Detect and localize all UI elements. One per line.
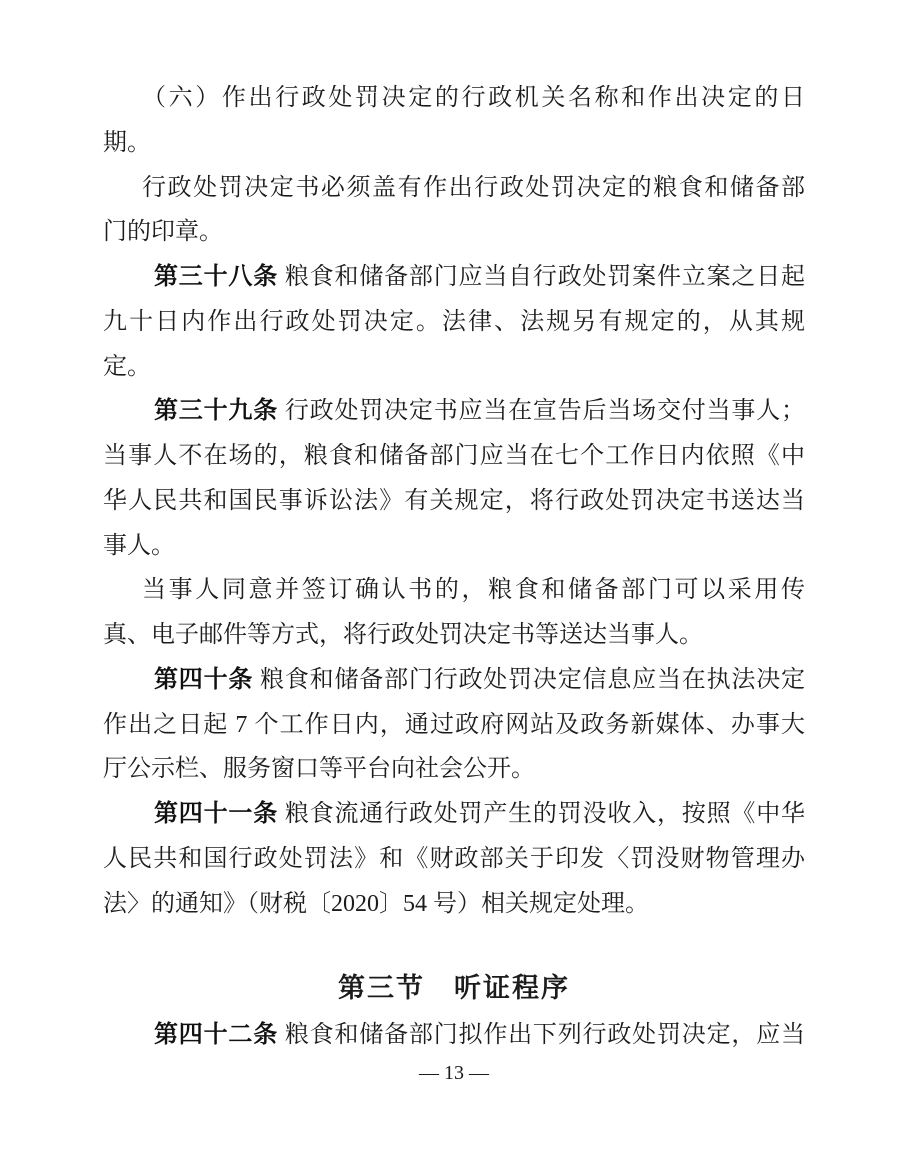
body-text: 九十日内作出行政处罚决定。法律、法规另有规定的，从其规 — [103, 309, 805, 335]
body-text-block-2: 第四十二条 粮食和储备部门拟作出下列行政处罚决定，应当 — [103, 1013, 805, 1058]
body-text: 当事人同意并签订确认书的，粮食和储备部门可以采用传 — [142, 577, 805, 603]
page-number: — 13 — — [103, 1060, 805, 1086]
text-line: 门的印章。 — [103, 210, 805, 255]
body-text: 厅公示栏、服务窗口等平台向社会公开。 — [103, 756, 535, 782]
text-line: 当事人不在场的，粮食和储备部门应当在七个工作日内依照《中 — [103, 434, 805, 479]
text-line: 行政处罚决定书必须盖有作出行政处罚决定的粮食和储备部 — [103, 166, 805, 211]
text-line: 第三十八条 粮食和储备部门应当自行政处罚案件立案之日起 — [103, 255, 805, 300]
text-line: 第四十二条 粮食和储备部门拟作出下列行政处罚决定，应当 — [103, 1013, 805, 1058]
body-text: 粮食流通行政处罚产生的罚没收入，按照《中华 — [278, 801, 805, 827]
body-text: 法〉的通知》（财税〔2020〕54 号）相关规定处理。 — [103, 891, 649, 917]
body-text-block: （六）作出行政处罚决定的行政机关名称和作出决定的日期。行政处罚决定书必须盖有作出… — [103, 76, 805, 926]
body-text: 真、电子邮件等方式，将行政处罚决定书等送达当事人。 — [103, 622, 703, 648]
section-heading: 第三节 听证程序 — [103, 966, 805, 1011]
content-area: （六）作出行政处罚决定的行政机关名称和作出决定的日期。行政处罚决定书必须盖有作出… — [103, 0, 805, 1086]
text-line: 事人。 — [103, 524, 805, 569]
body-text: 粮食和储备部门应当自行政处罚案件立案之日起 — [278, 264, 805, 290]
text-line: 作出之日起 7 个工作日内，通过政府网站及政务新媒体、办事大 — [103, 703, 805, 748]
article-number: 第四十条 — [154, 666, 253, 693]
text-line: 九十日内作出行政处罚决定。法律、法规另有规定的，从其规 — [103, 300, 805, 345]
article-number: 第三十八条 — [154, 263, 278, 290]
body-text: 行政处罚决定书应当在宣告后当场交付当事人； — [278, 398, 805, 424]
text-line: 当事人同意并签订确认书的，粮食和储备部门可以采用传 — [103, 568, 805, 613]
article-number: 第四十二条 — [154, 1021, 278, 1048]
body-text: 门的印章。 — [103, 219, 223, 245]
text-line: （六）作出行政处罚决定的行政机关名称和作出决定的日 — [103, 76, 805, 121]
body-text: 粮食和储备部门拟作出下列行政处罚决定，应当 — [278, 1022, 805, 1048]
body-text: 作出之日起 7 个工作日内，通过政府网站及政务新媒体、办事大 — [103, 712, 805, 738]
body-text: 定。 — [103, 354, 151, 380]
body-text: 事人。 — [103, 533, 175, 559]
body-text: 当事人不在场的，粮食和储备部门应当在七个工作日内依照《中 — [103, 443, 805, 469]
body-text: 粮食和储备部门行政处罚决定信息应当在执法决定 — [253, 667, 805, 693]
text-line: 法〉的通知》（财税〔2020〕54 号）相关规定处理。 — [103, 882, 805, 927]
text-line: 厅公示栏、服务窗口等平台向社会公开。 — [103, 747, 805, 792]
text-line: 华人民共和国民事诉讼法》有关规定，将行政处罚决定书送达当 — [103, 479, 805, 524]
text-line: 定。 — [103, 345, 805, 390]
body-text: 行政处罚决定书必须盖有作出行政处罚决定的粮食和储备部 — [142, 175, 805, 201]
text-line: 真、电子邮件等方式，将行政处罚决定书等送达当事人。 — [103, 613, 805, 658]
text-line: 人民共和国行政处罚法》和《财政部关于印发〈罚没财物管理办 — [103, 837, 805, 882]
article-number: 第三十九条 — [154, 397, 278, 424]
document-page: （六）作出行政处罚决定的行政机关名称和作出决定的日期。行政处罚决定书必须盖有作出… — [0, 0, 900, 1175]
text-line: 第三十九条 行政处罚决定书应当在宣告后当场交付当事人； — [103, 389, 805, 434]
article-number: 第四十一条 — [154, 800, 278, 827]
text-line: 第四十一条 粮食流通行政处罚产生的罚没收入，按照《中华 — [103, 792, 805, 837]
body-text: （六）作出行政处罚决定的行政机关名称和作出决定的日 — [142, 85, 805, 111]
body-text: 人民共和国行政处罚法》和《财政部关于印发〈罚没财物管理办 — [103, 846, 805, 872]
text-line: 期。 — [103, 121, 805, 166]
body-text: 期。 — [103, 130, 151, 156]
body-text: 华人民共和国民事诉讼法》有关规定，将行政处罚决定书送达当 — [103, 488, 805, 514]
text-line: 第四十条 粮食和储备部门行政处罚决定信息应当在执法决定 — [103, 658, 805, 703]
